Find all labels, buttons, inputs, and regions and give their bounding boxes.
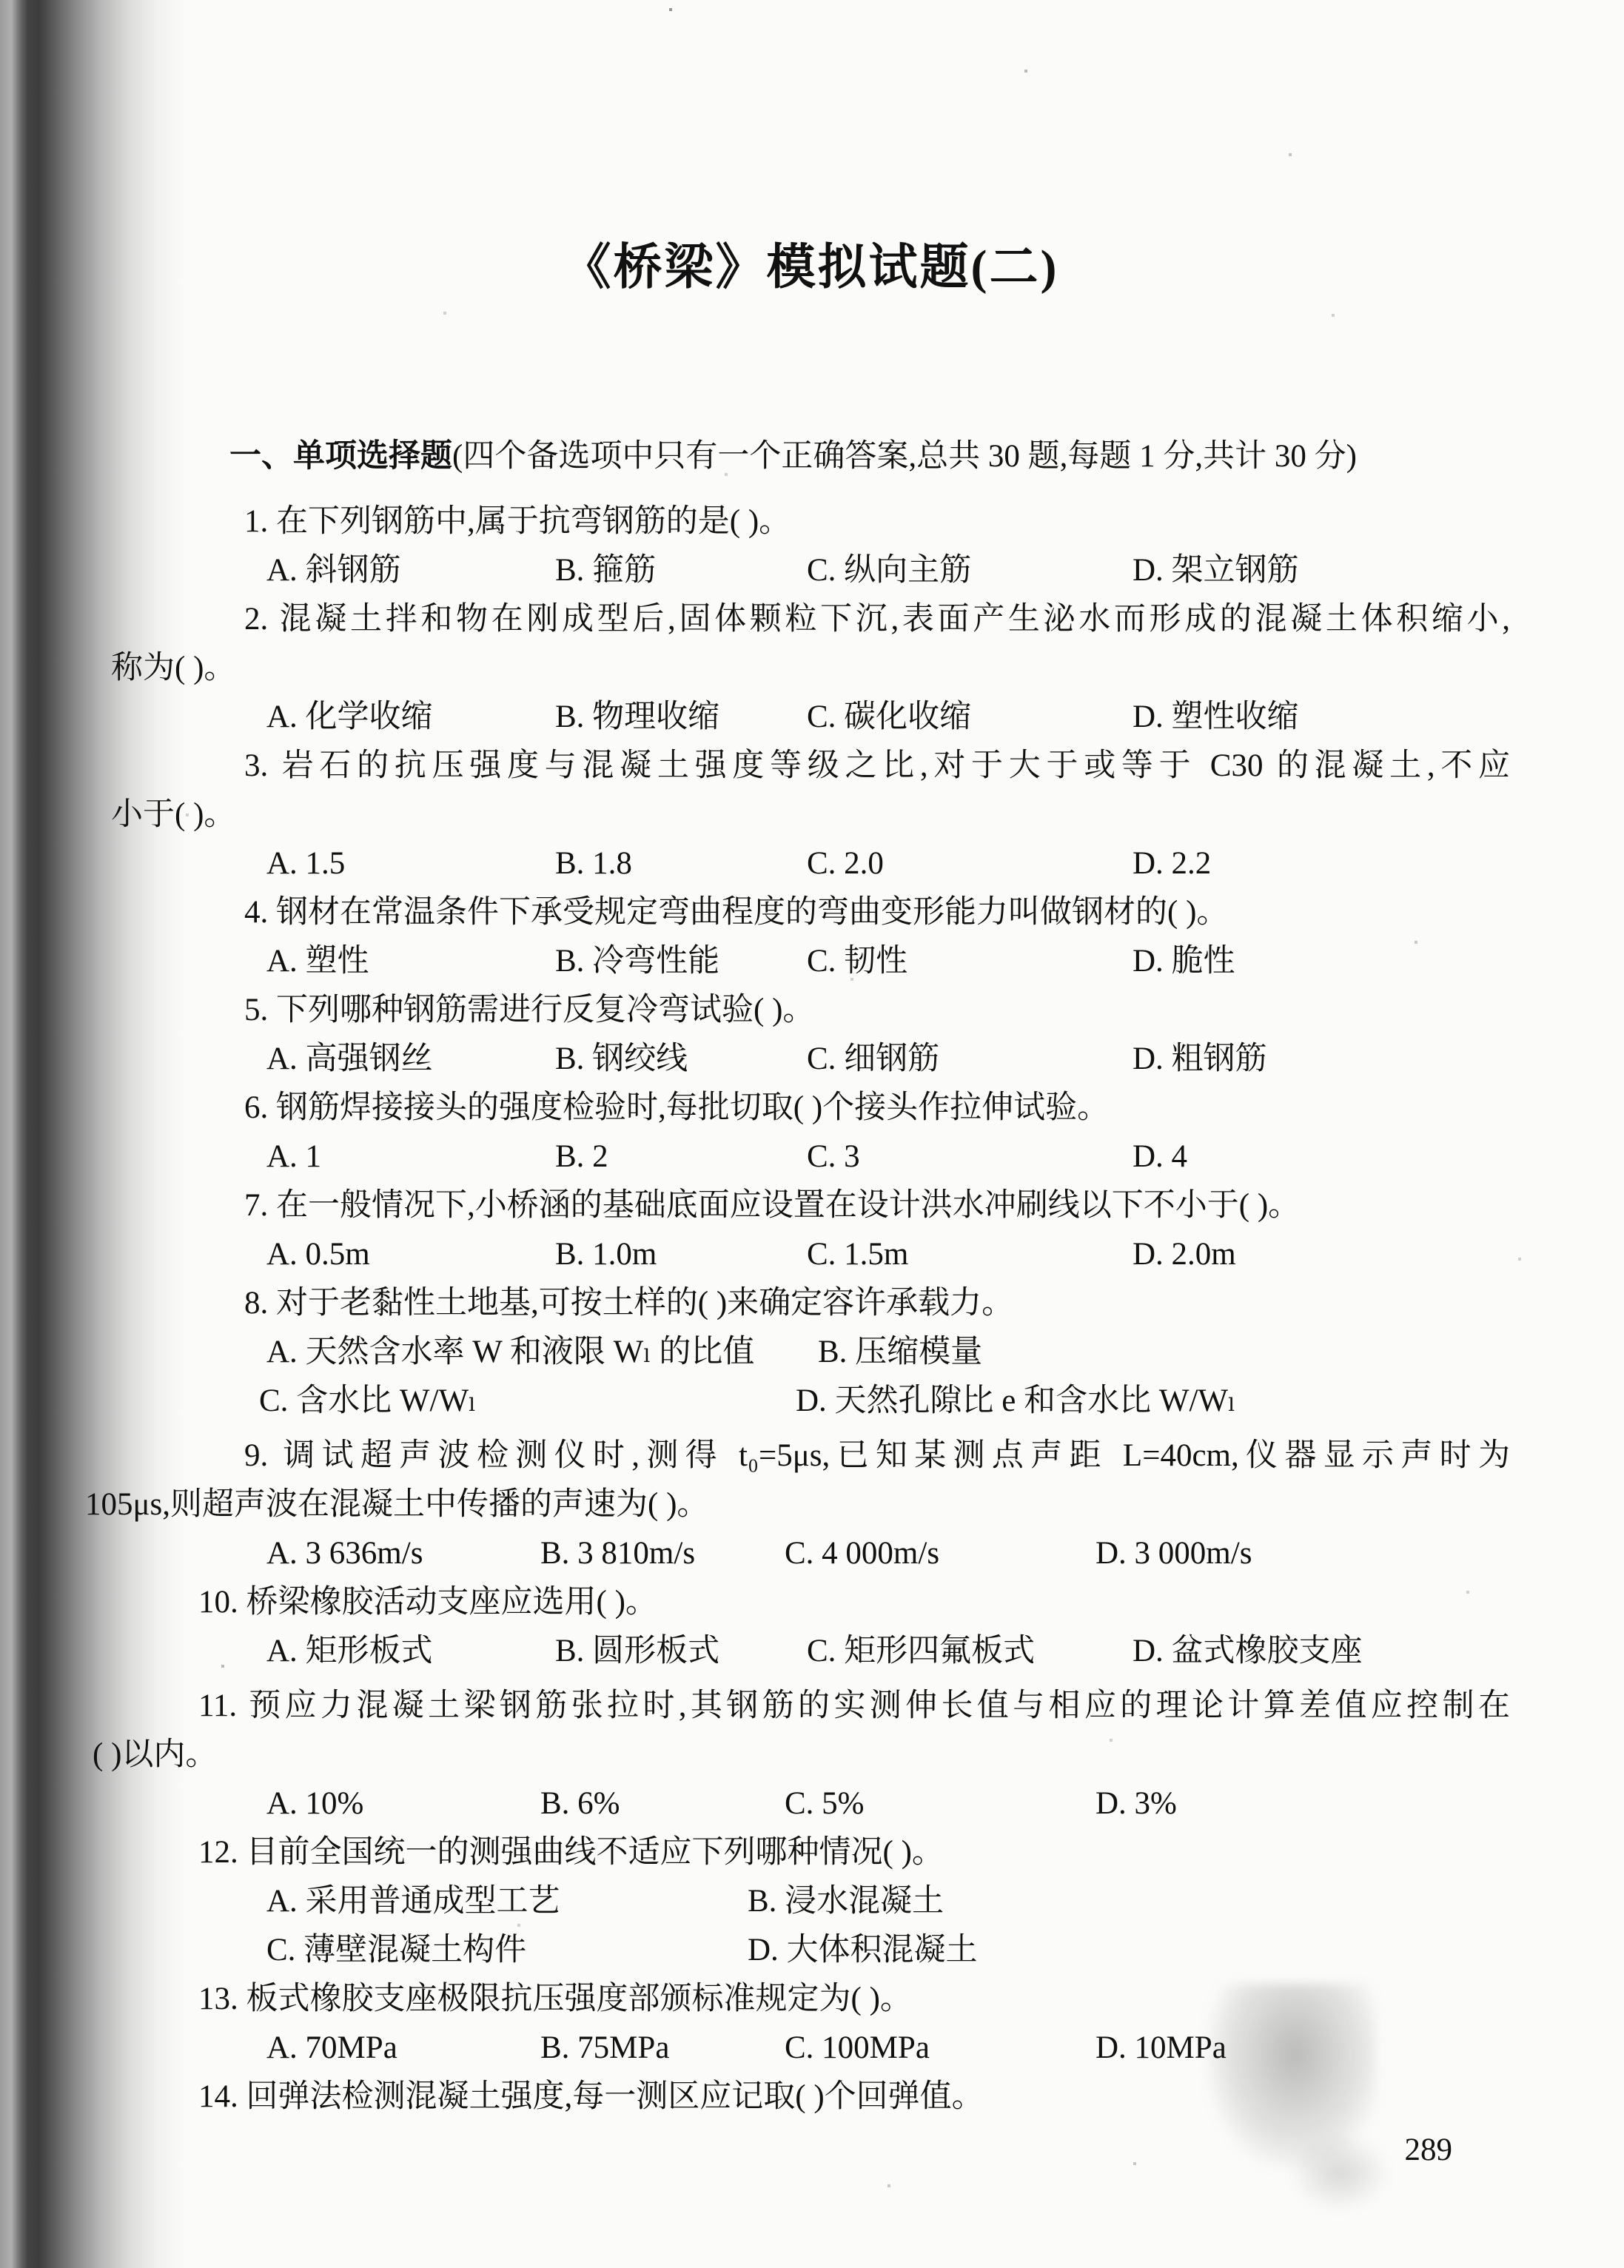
question: 9. 调试超声波检测仪时,测得 t₀=5μs,已知某测点声距 L=40cm,仪器… — [111, 1432, 1510, 1578]
option: D. 粗钢筋 — [1133, 1035, 1267, 1084]
option: C. 韧性 — [807, 937, 1133, 986]
option: C. 2.0 — [807, 839, 1133, 888]
option: B. 75MPa — [540, 2024, 785, 2073]
options-row: A. 化学收缩B. 物理收缩C. 碳化收缩D. 塑性收缩 — [111, 693, 1510, 742]
option: D. 大体积混凝土 — [748, 1926, 978, 1975]
option: C. 矩形四氟板式 — [807, 1627, 1133, 1676]
option: A. 塑性 — [266, 937, 555, 986]
option: C. 含水比 W/Wₗ — [259, 1377, 796, 1426]
option: D. 架立钢筋 — [1133, 546, 1299, 595]
scan-specks — [0, 0, 1, 1]
option: B. 3 810m/s — [540, 1529, 785, 1578]
option: A. 化学收缩 — [266, 693, 555, 742]
option: B. 6% — [540, 1779, 785, 1828]
option: B. 物理收缩 — [555, 693, 807, 742]
options-row: C. 含水比 W/WₗD. 天然孔隙比 e 和含水比 W/Wₗ — [111, 1377, 1510, 1426]
option: B. 钢绞线 — [555, 1035, 807, 1084]
options-row: A. 70MPaB. 75MPaC. 100MPaD. 10MPa — [111, 2024, 1510, 2073]
options-row: A. 1.5B. 1.8C. 2.0D. 2.2 — [111, 839, 1510, 888]
question: 2. 混凝土拌和物在刚成型后,固体颗粒下沉,表面产生泌水而形成的混凝土体积缩小,… — [111, 595, 1510, 742]
question: 6. 钢筋焊接接头的强度检验时,每批切取( )个接头作拉伸试验。A. 1B. 2… — [111, 1084, 1510, 1181]
question-stem-line: 8. 对于老黏性土地基,可按土样的( )来确定容许承载力。 — [111, 1279, 1510, 1328]
option: C. 1.5m — [807, 1230, 1133, 1279]
question-stem-line: 7. 在一般情况下,小桥涵的基础底面应设置在设计洪水冲刷线以下不小于( )。 — [111, 1181, 1510, 1230]
question-stem-line: 5. 下列哪种钢筋需进行反复冷弯试验( )。 — [111, 986, 1510, 1035]
question-stem-line: 6. 钢筋焊接接头的强度检验时,每批切取( )个接头作拉伸试验。 — [111, 1084, 1510, 1133]
question: 11. 预应力混凝土梁钢筋张拉时,其钢筋的实测伸长值与相应的理论计算差值应控制在… — [111, 1682, 1510, 1828]
option: C. 3 — [807, 1133, 1133, 1181]
question: 10. 桥梁橡胶活动支座应选用( )。A. 矩形板式B. 圆形板式C. 矩形四氟… — [111, 1578, 1510, 1676]
question: 5. 下列哪种钢筋需进行反复冷弯试验( )。A. 高强钢丝B. 钢绞线C. 细钢… — [111, 986, 1510, 1084]
question: 4. 钢材在常温条件下承受规定弯曲程度的弯曲变形能力叫做钢材的( )。A. 塑性… — [111, 888, 1510, 986]
options-row: A. 10%B. 6%C. 5%D. 3% — [111, 1779, 1510, 1828]
option: B. 1.0m — [555, 1230, 807, 1279]
option: B. 冷弯性能 — [555, 937, 807, 986]
question: 3. 岩石的抗压强度与混凝土强度等级之比,对于大于或等于 C30 的混凝土,不应… — [111, 742, 1510, 888]
question: 8. 对于老黏性土地基,可按土样的( )来确定容许承载力。A. 天然含水率 W … — [111, 1279, 1510, 1426]
options-row: A. 3 636m/sB. 3 810m/sC. 4 000m/sD. 3 00… — [111, 1529, 1510, 1578]
option: B. 箍筋 — [555, 546, 807, 595]
question-stem-line: ( )以内。 — [93, 1731, 1510, 1779]
question-stem-line: 9. 调试超声波检测仪时,测得 t₀=5μs,已知某测点声距 L=40cm,仪器… — [111, 1432, 1510, 1480]
question: 13. 板式橡胶支座极限抗压强度部颁标准规定为( )。A. 70MPaB. 75… — [111, 1975, 1510, 2073]
options-row: C. 薄壁混凝土构件D. 大体积混凝土 — [111, 1926, 1510, 1975]
option: B. 浸水混凝土 — [748, 1877, 944, 1926]
option: D. 天然孔隙比 e 和含水比 W/Wₗ — [796, 1377, 1235, 1426]
option: D. 3% — [1095, 1779, 1177, 1828]
option: D. 3 000m/s — [1095, 1529, 1252, 1578]
question-stem-line: 1. 在下列钢筋中,属于抗弯钢筋的是( )。 — [111, 497, 1510, 546]
option: C. 纵向主筋 — [807, 546, 1133, 595]
question: 14. 回弹法检测混凝土强度,每一测区应记取( )个回弹值。 — [111, 2073, 1510, 2121]
option: A. 70MPa — [266, 2024, 540, 2073]
option: B. 压缩模量 — [818, 1328, 982, 1377]
section-heading-bold: 一、单项选择题 — [229, 439, 452, 474]
question: 1. 在下列钢筋中,属于抗弯钢筋的是( )。A. 斜钢筋B. 箍筋C. 纵向主筋… — [111, 497, 1510, 595]
options-row: A. 斜钢筋B. 箍筋C. 纵向主筋D. 架立钢筋 — [111, 546, 1510, 595]
option: D. 2.2 — [1133, 839, 1211, 888]
option: C. 细钢筋 — [807, 1035, 1133, 1084]
option: D. 盆式橡胶支座 — [1133, 1627, 1363, 1676]
page-number: 289 — [111, 2126, 1510, 2175]
question-stem-line: 14. 回弹法检测混凝土强度,每一测区应记取( )个回弹值。 — [111, 2073, 1510, 2121]
option: D. 脆性 — [1133, 937, 1235, 986]
options-row: A. 采用普通成型工艺B. 浸水混凝土 — [111, 1877, 1510, 1926]
option: D. 塑性收缩 — [1133, 693, 1299, 742]
option: B. 圆形板式 — [555, 1627, 807, 1676]
options-row: A. 1B. 2C. 3D. 4 — [111, 1133, 1510, 1181]
question-stem-line: 2. 混凝土拌和物在刚成型后,固体颗粒下沉,表面产生泌水而形成的混凝土体积缩小, — [111, 595, 1510, 644]
options-row: A. 天然含水率 W 和液限 Wₗ 的比值B. 压缩模量 — [111, 1328, 1510, 1377]
option: A. 矩形板式 — [266, 1627, 555, 1676]
option: A. 0.5m — [266, 1230, 555, 1279]
section-heading-rest: (四个备选项中只有一个正确答案,总共 30 题,每题 1 分,共计 30 分) — [452, 439, 1357, 474]
question-stem-line: 12. 目前全国统一的测强曲线不适应下列哪种情况( )。 — [111, 1828, 1510, 1877]
question-stem-line: 105μs,则超声波在混凝土中传播的声速为( )。 — [85, 1480, 1510, 1529]
section-heading: 一、单项选择题(四个备选项中只有一个正确答案,总共 30 题,每题 1 分,共计… — [111, 432, 1510, 481]
question: 7. 在一般情况下,小桥涵的基础底面应设置在设计洪水冲刷线以下不小于( )。A.… — [111, 1181, 1510, 1279]
option: A. 高强钢丝 — [266, 1035, 555, 1084]
option: A. 采用普通成型工艺 — [266, 1877, 748, 1926]
page-title: 《桥梁》模拟试题(二) — [111, 235, 1510, 301]
option: D. 2.0m — [1133, 1230, 1236, 1279]
option: C. 5% — [785, 1779, 1095, 1828]
option: C. 100MPa — [785, 2024, 1095, 2073]
question-stem-line: 3. 岩石的抗压强度与混凝土强度等级之比,对于大于或等于 C30 的混凝土,不应 — [111, 742, 1510, 791]
option: D. 4 — [1133, 1133, 1187, 1181]
options-row: A. 塑性B. 冷弯性能C. 韧性D. 脆性 — [111, 937, 1510, 986]
option: B. 2 — [555, 1133, 807, 1181]
question-stem-line: 4. 钢材在常温条件下承受规定弯曲程度的弯曲变形能力叫做钢材的( )。 — [111, 888, 1510, 937]
scanned-exam-page: { "page": { "title": "《桥梁》模拟试题(二)", "pag… — [0, 0, 1624, 2268]
option: A. 3 636m/s — [266, 1529, 540, 1578]
option: A. 天然含水率 W 和液限 Wₗ 的比值 — [266, 1328, 818, 1377]
question-stem-line: 11. 预应力混凝土梁钢筋张拉时,其钢筋的实测伸长值与相应的理论计算差值应控制在 — [111, 1682, 1510, 1731]
option: C. 碳化收缩 — [807, 693, 1133, 742]
option: A. 1.5 — [266, 839, 555, 888]
question-stem-line: 小于( )。 — [111, 791, 1510, 839]
questions-list: 1. 在下列钢筋中,属于抗弯钢筋的是( )。A. 斜钢筋B. 箍筋C. 纵向主筋… — [111, 497, 1510, 2121]
options-row: A. 矩形板式B. 圆形板式C. 矩形四氟板式D. 盆式橡胶支座 — [111, 1627, 1510, 1676]
page-content: 《桥梁》模拟试题(二) 一、单项选择题(四个备选项中只有一个正确答案,总共 30… — [111, 0, 1510, 2175]
option: C. 4 000m/s — [785, 1529, 1095, 1578]
option: A. 10% — [266, 1779, 540, 1828]
option: B. 1.8 — [555, 839, 807, 888]
options-row: A. 高强钢丝B. 钢绞线C. 细钢筋D. 粗钢筋 — [111, 1035, 1510, 1084]
option: A. 1 — [266, 1133, 555, 1181]
option: D. 10MPa — [1095, 2024, 1227, 2073]
question-stem-line: 称为( )。 — [111, 644, 1510, 693]
question: 12. 目前全国统一的测强曲线不适应下列哪种情况( )。A. 采用普通成型工艺B… — [111, 1828, 1510, 1975]
question-stem-line: 10. 桥梁橡胶活动支座应选用( )。 — [111, 1578, 1510, 1627]
option: A. 斜钢筋 — [266, 546, 555, 595]
options-row: A. 0.5mB. 1.0mC. 1.5mD. 2.0m — [111, 1230, 1510, 1279]
option: C. 薄壁混凝土构件 — [266, 1926, 748, 1975]
question-stem-line: 13. 板式橡胶支座极限抗压强度部颁标准规定为( )。 — [111, 1975, 1510, 2024]
